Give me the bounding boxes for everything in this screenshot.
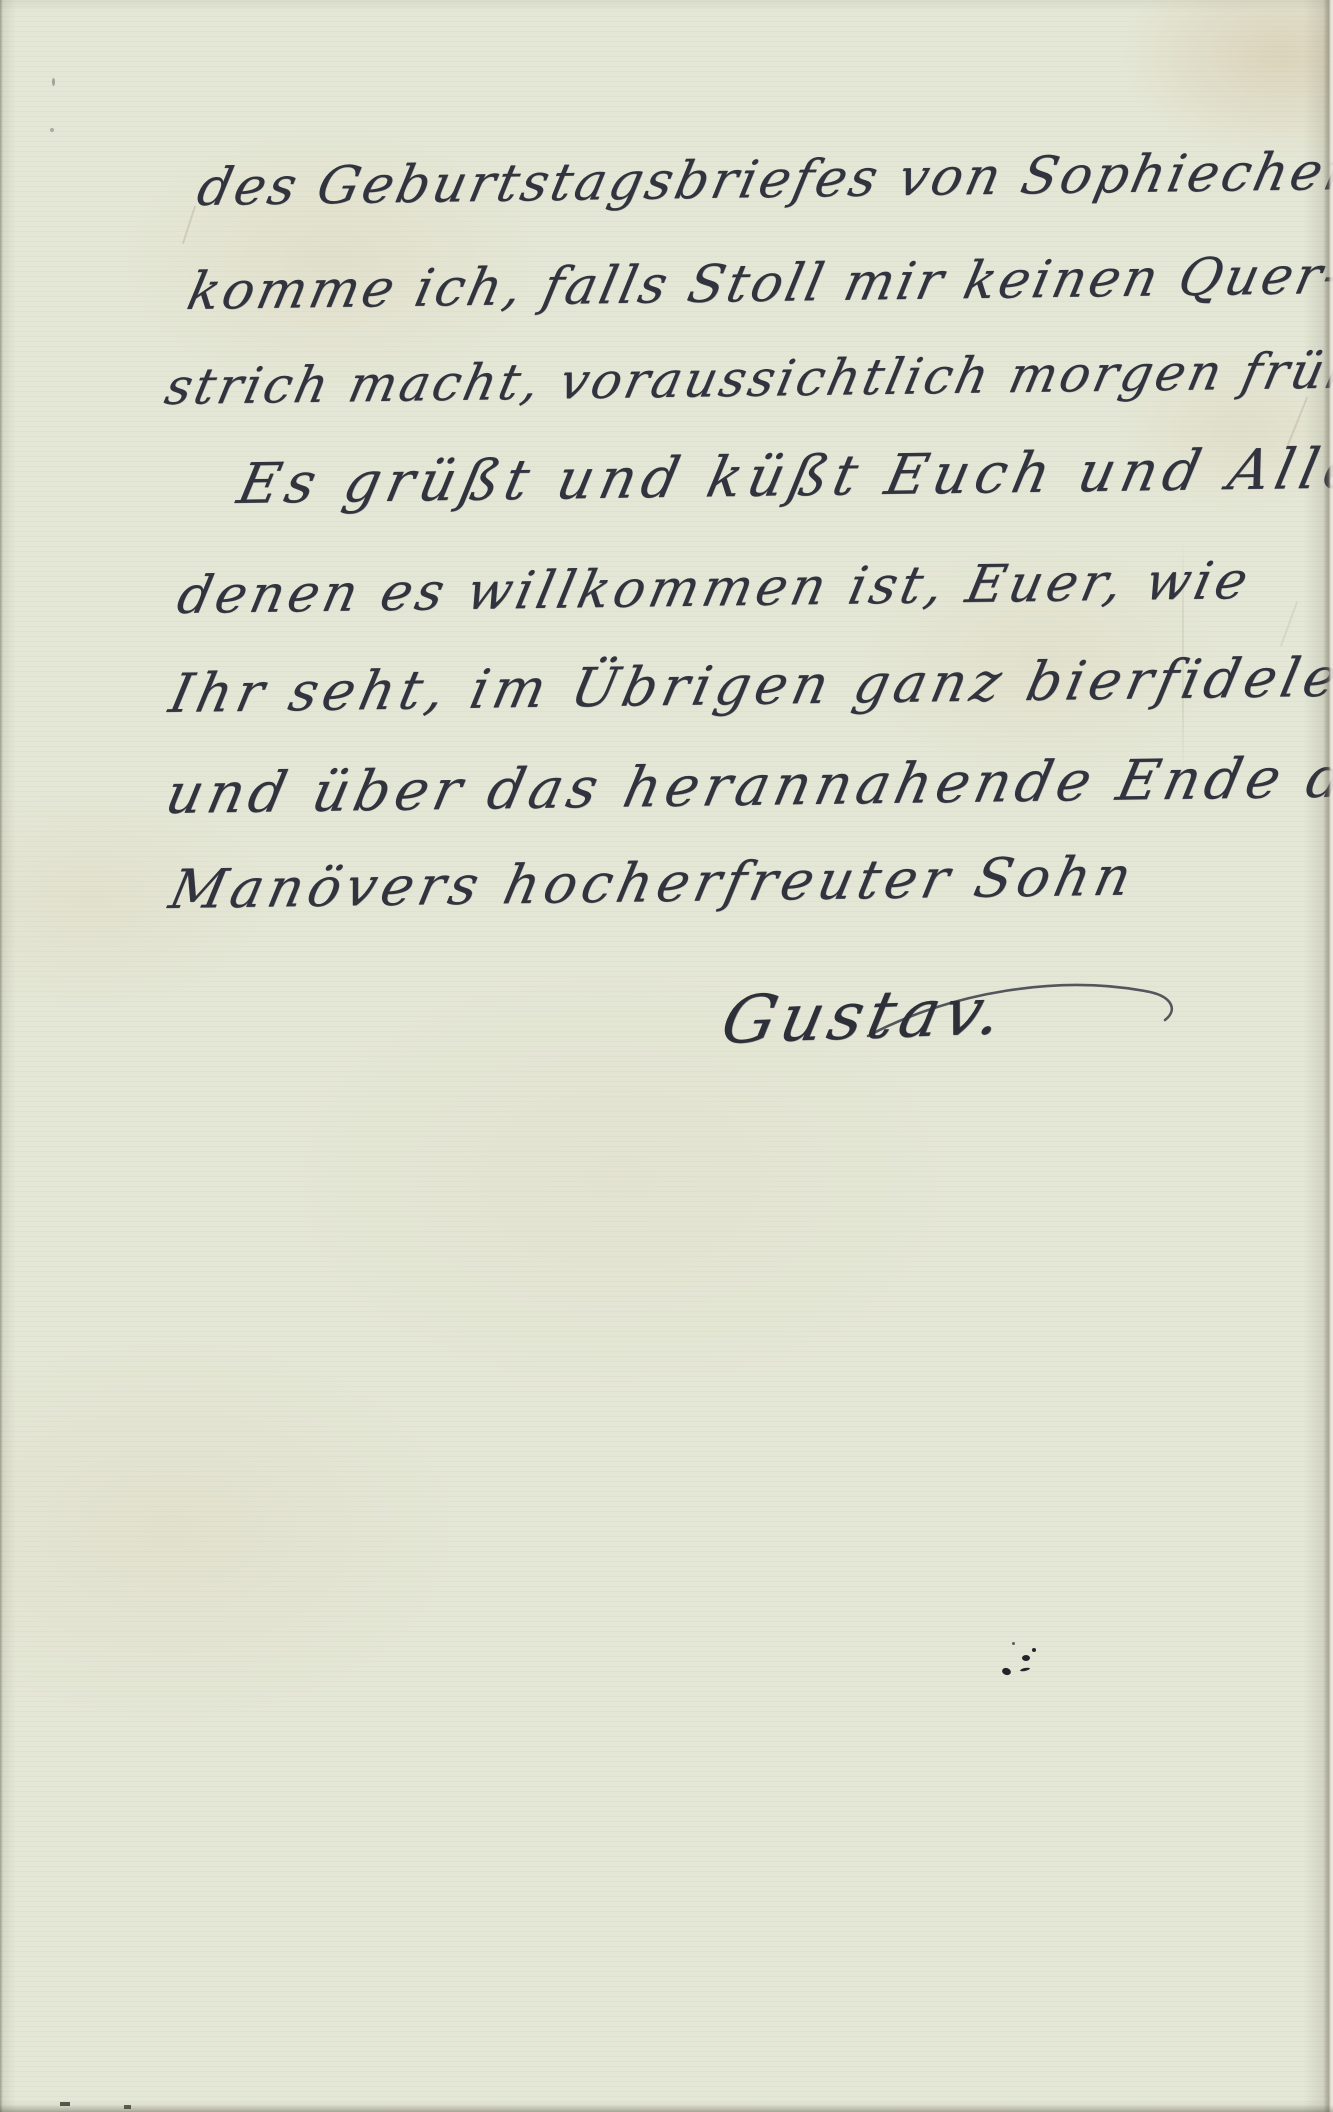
- edge-mark: [60, 2102, 70, 2106]
- edge-mark: [124, 2105, 131, 2109]
- handwriting-line: Ihr seht, im Übrigen ganz bierfideler: [164, 645, 1333, 725]
- handwriting-line: strich macht, voraussichtlich morgen frü…: [160, 341, 1333, 416]
- ink-speck: [1032, 1648, 1036, 1652]
- paper-edge-right-deckle: [1323, 0, 1333, 2112]
- paper-crease: [1182, 540, 1184, 780]
- ink-speck: [1020, 1667, 1030, 1672]
- handwriting-line: denen es willkommen ist, Euer, wie: [172, 551, 1257, 626]
- handwriting-line: Manövers hocherfreuter Sohn: [164, 845, 1142, 921]
- ink-speck: [1022, 1655, 1030, 1661]
- handwriting-line: des Geburtstagsbriefes von Sophiechen: [192, 142, 1333, 218]
- paper-edge-bottom: [0, 2105, 1333, 2112]
- ink-speck: [52, 78, 55, 86]
- ink-speck: [1012, 1642, 1015, 1645]
- handwriting-line: komme ich, falls Stoll mir keinen Quer-: [182, 246, 1333, 322]
- ink-speck: [1001, 1667, 1012, 1677]
- handwriting-line: und über das herannahende Ende des: [160, 745, 1333, 827]
- signature: Gustav.: [715, 972, 1014, 1059]
- handwriting-line: Es grüßt und küßt Euch und Alle,: [232, 436, 1333, 517]
- ink-bleed-through: [1280, 601, 1298, 647]
- letter-page: des Geburtstagsbriefes von Sophiechen ko…: [0, 0, 1333, 2112]
- paper-edge-left: [0, 0, 3, 2112]
- ink-speck: [50, 128, 54, 132]
- ink-bleed-through: [182, 206, 196, 245]
